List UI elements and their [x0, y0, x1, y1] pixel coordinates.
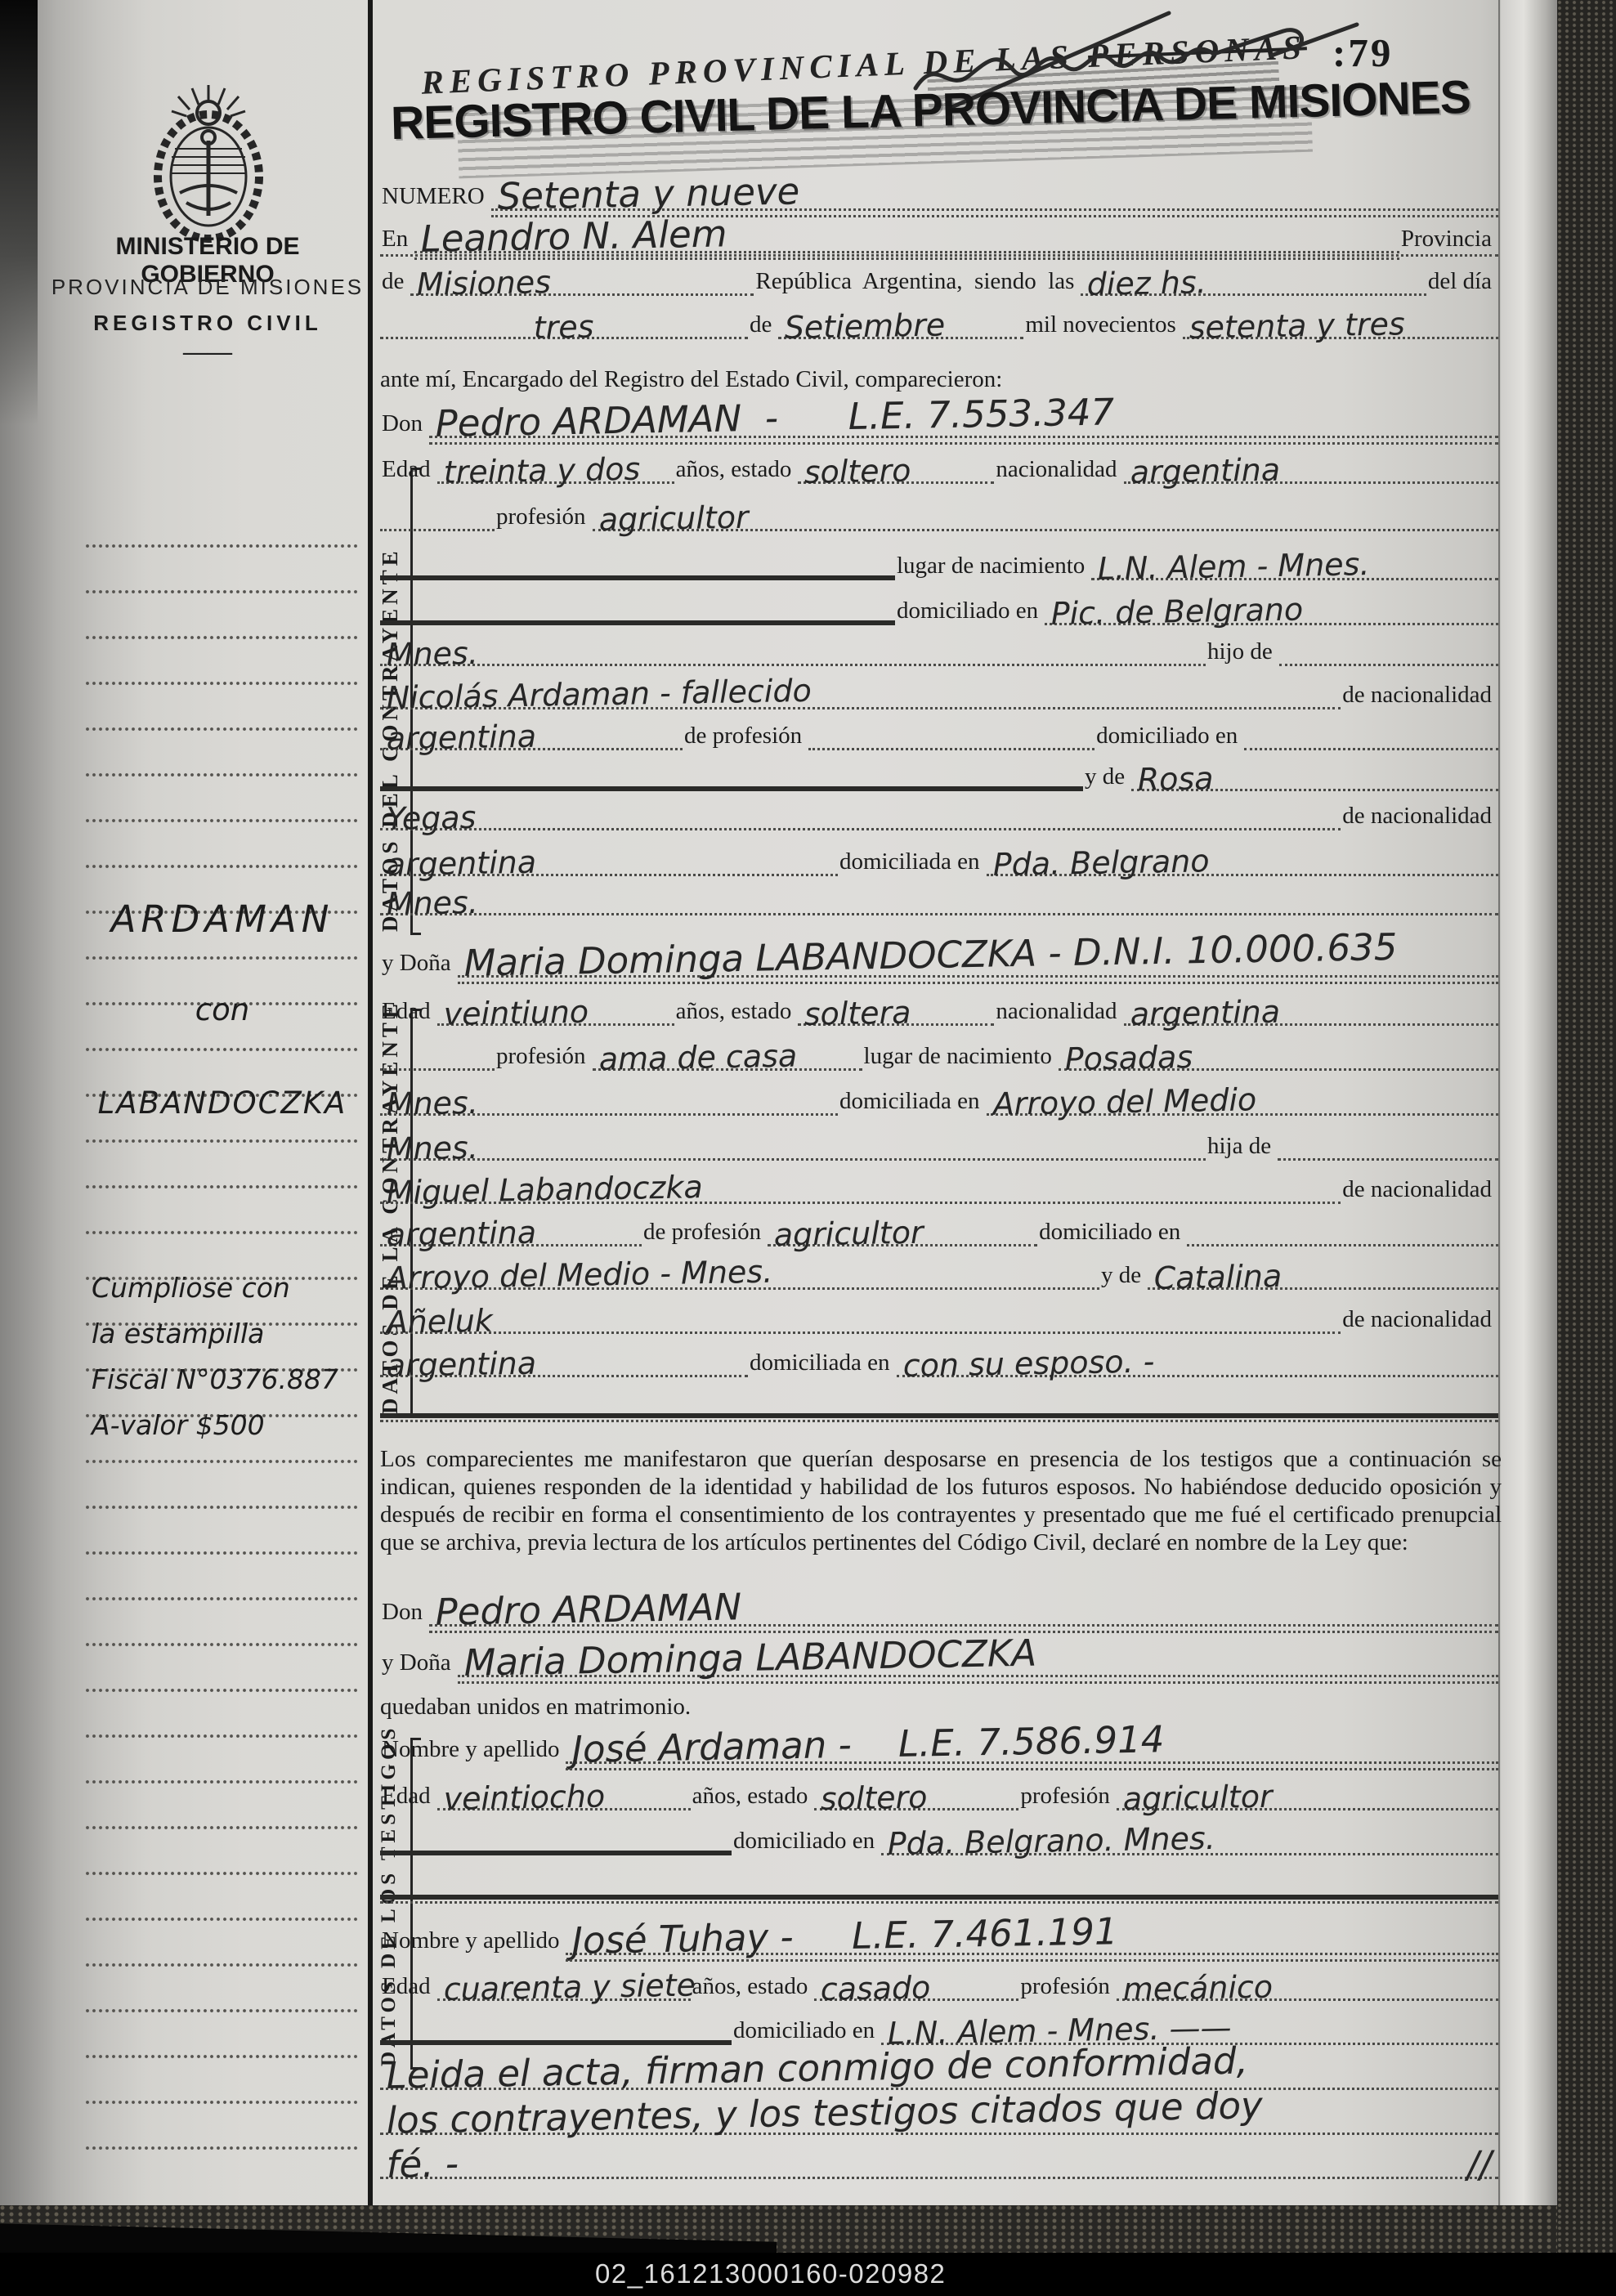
- w2-nombre-value: José Tuhay - L.E. 7.461.191: [566, 1916, 1126, 1957]
- groom-padre-nac-line: argentina: [380, 726, 683, 750]
- acta-don-value: Pedro ARDAMAN: [428, 1591, 748, 1628]
- bride-nacimiento-value: Posadas: [1058, 1044, 1199, 1072]
- groom-row-nacimiento: lugar de nacimiento L.N. Alem - Mnes.: [380, 538, 1498, 580]
- w1-profesion-value: agricultor: [1116, 1783, 1278, 1812]
- bride-row-padre-nac: argentina de profesión agricultor domici…: [380, 1204, 1498, 1246]
- closing-slashes: //: [1460, 2149, 1498, 2181]
- heavy-divider-line: [380, 1895, 1498, 1900]
- del-dia-label: del día: [1426, 270, 1498, 296]
- don-line: Pedro ARDAMAN - L.E. 7.553.347: [429, 409, 1498, 438]
- w1-domicilio-line: Pda. Belgrano. Mnes.: [881, 1831, 1498, 1855]
- w1-row-edad: Edad veintiocho años, estado soltero pro…: [380, 1768, 1498, 1810]
- sidebar-divider: ——: [47, 338, 368, 366]
- closing-line-1: Leida el acta, firman conmigo de conform…: [380, 2061, 1498, 2090]
- right-binding-texture: [1557, 0, 1616, 2296]
- dona-line: Maria Dominga LABANDOCZKA - D.N.I. 10.00…: [458, 948, 1498, 978]
- bride-row-madre-apellido: Añeluk de nacionalidad: [380, 1291, 1498, 1334]
- groom-row-madre: y de Rosa: [380, 749, 1498, 791]
- heavy-divider-line: [380, 1413, 1498, 1418]
- w1-nombre-value: José Ardaman - L.E. 7.586.914: [566, 1724, 1171, 1766]
- don-value: Pedro ARDAMAN - L.E. 7.553.347: [428, 396, 1121, 440]
- numero-value: Setenta y nueve: [490, 176, 806, 213]
- republica-text: República Argentina, siendo las: [754, 270, 1081, 296]
- w1-estado-value: soltero: [814, 1784, 934, 1812]
- margin-stamp-note-line4: A-valor $500: [92, 1409, 361, 1441]
- de2-label: de: [748, 313, 778, 339]
- groom-estado-value: soltero: [798, 457, 918, 486]
- bride-de-profesion-label: de profesión: [642, 1220, 768, 1246]
- margin-bride-surname: LABANDOCZKA: [84, 1085, 360, 1121]
- scan-id-text: 02_161213000160-020982: [595, 2258, 946, 2289]
- page-right-curl: [1501, 0, 1558, 2253]
- bride-padre-profesion-line: agricultor: [768, 1222, 1037, 1246]
- bride-nacionalidad-value: argentina: [1123, 998, 1287, 1027]
- bride-padre-nac-value: argentina: [379, 1219, 543, 1248]
- groom-madre-apellido-value: Yegas: [379, 804, 482, 832]
- bride-domiciliada-label: domiciliada en: [838, 1090, 987, 1116]
- groom-edad-label: Edad: [380, 458, 437, 484]
- bride-madre-dom-line: con su esposo. -: [897, 1353, 1498, 1377]
- bride-profesion-label: profesión: [495, 1045, 593, 1071]
- page-corner-shadow: [0, 0, 38, 425]
- numero-line: Setenta y nueve: [491, 181, 1498, 211]
- margin-stamp-note-line1: Cumpliose con: [92, 1272, 361, 1304]
- section-end-rule: [380, 1376, 1498, 1418]
- bride-madre-dom-value: con su esposo. -: [896, 1348, 1161, 1379]
- bride-domicilio-value: Arroyo del Medio: [986, 1086, 1263, 1117]
- hora-value: diez hs.: [1081, 269, 1214, 298]
- bride-padre-nac-line: argentina: [380, 1222, 642, 1246]
- w2-edad-value: cuarenta y siete: [436, 1972, 702, 2003]
- w1-domicilio-value: Pda. Belgrano. Mnes.: [881, 1824, 1223, 1857]
- w1-nombre-line: José Ardaman - L.E. 7.586.914: [566, 1734, 1498, 1764]
- margin-dotted-lines: [84, 523, 360, 2181]
- scanned-marriage-record: MINISTERIO DE GOBIERNO PROVINCIA DE MISI…: [0, 0, 1616, 2296]
- groom-profesion-label: profesión: [495, 505, 593, 531]
- groom-estado-label: años, estado: [674, 458, 799, 484]
- groom-padre-nac-value: argentina: [379, 723, 543, 752]
- provincia-value: Misiones: [410, 269, 558, 298]
- bride-madre-nac-label: de nacionalidad: [1341, 1308, 1498, 1334]
- bride-profesion-line: ama de casa: [593, 1046, 862, 1071]
- field-row-don: Don Pedro ARDAMAN - L.E. 7.553.347: [380, 396, 1498, 438]
- closing-row-3: fé. -//: [380, 2137, 1498, 2179]
- w2-nombre-line: José Tuhay - L.E. 7.461.191: [566, 1926, 1498, 1955]
- provincia-label: Provincia: [1399, 227, 1498, 253]
- groom-estado-line: soltero: [798, 459, 994, 484]
- en-label: En: [380, 227, 414, 253]
- hora-line: diez hs.: [1081, 271, 1426, 296]
- office-title: REGISTRO CIVIL: [47, 311, 368, 336]
- blank-line: [1187, 1244, 1498, 1246]
- w1-nombre-label: Nombre y apellido: [380, 1738, 566, 1764]
- anio-line: setenta y tres: [1183, 315, 1498, 339]
- bride-estado-value: soltera: [798, 999, 918, 1027]
- mes-line: Setiembre: [778, 315, 1023, 339]
- spacer-line: [380, 529, 495, 531]
- union-text: quedaban unidos en matrimonio.: [380, 1694, 691, 1721]
- margin-stamp-note-line3: Fiscal N°0376.887: [92, 1363, 361, 1395]
- w2-row-domicilio: domiciliado en L.N. Alem - Mnes. ——: [380, 2003, 1498, 2045]
- groom-nacionalidad-label: nacionalidad: [994, 458, 1123, 484]
- groom-madre-dom2-line: Mnes.: [380, 891, 1498, 915]
- bride-row-hija: Mnes. hija de: [380, 1118, 1498, 1161]
- w1-row-domicilio: domiciliado en Pda. Belgrano. Mnes.: [380, 1813, 1498, 1855]
- mes-value: Setiembre: [778, 311, 952, 341]
- bride-profesion-value: ama de casa: [592, 1042, 804, 1072]
- bride-domicilio2-value: Mnes.: [379, 1134, 485, 1162]
- groom-row-madre-apellido: Yegas de nacionalidad: [380, 788, 1498, 830]
- acta-paragraph: Los comparecientes me manifestaron que q…: [380, 1445, 1502, 1556]
- bride-madre-apellido-line: Añeluk: [380, 1309, 1341, 1334]
- w2-row-edad: Edad cuarenta y siete años, estado casad…: [380, 1958, 1498, 2001]
- acta-row-don: Don Pedro ARDAMAN: [380, 1584, 1498, 1627]
- bride-domiciliada2-label: domiciliada en: [748, 1351, 897, 1377]
- blank-line: [1279, 664, 1498, 666]
- dia-line: tres: [380, 315, 748, 339]
- w1-estado-line: soltero: [814, 1786, 1018, 1810]
- de-label: de: [380, 270, 410, 296]
- closing-text-2: los contrayentes, y los testigos citados…: [379, 2090, 1269, 2137]
- bride-madre-apellido-value: Añeluk: [379, 1307, 499, 1336]
- groom-row-domicilio: domiciliado en Pic. de Belgrano: [380, 583, 1498, 625]
- form-right-rule: [1498, 0, 1500, 2253]
- blank-heavy-line: [380, 1851, 732, 1855]
- w1-profesion-label: profesión: [1018, 1784, 1117, 1810]
- acta-dona-value: Maria Dominga LABANDOCZKA: [457, 1637, 1043, 1679]
- field-row-numero: NUMERO Setenta y nueve: [380, 168, 1498, 211]
- argentina-coat-of-arms-icon: [114, 78, 302, 250]
- groom-padre-line: Nicolás Ardaman - fallecido: [380, 685, 1341, 709]
- anio-value: setenta y tres: [1182, 311, 1412, 341]
- bride-domiciliado-label: domiciliado en: [1037, 1220, 1187, 1246]
- groom-domicilio-label: domiciliado en: [895, 599, 1045, 625]
- w1-estado-label: años, estado: [691, 1784, 815, 1810]
- w2-profesion-label: profesión: [1018, 1975, 1117, 2001]
- bride-domicilio-line: Arroyo del Medio: [987, 1091, 1498, 1116]
- w2-nombre-label: Nombre y apellido: [380, 1929, 566, 1955]
- groom-edad-value: treinta y dos: [436, 455, 647, 486]
- groom-domicilio-line: Pic. de Belgrano: [1045, 601, 1498, 625]
- bride-estado-line: soltera: [798, 1001, 994, 1026]
- mil-novecientos-label: mil novecientos: [1023, 313, 1182, 339]
- groom-edad-line: treinta y dos: [437, 459, 674, 484]
- en-line: Leandro N. Alem: [414, 224, 1399, 253]
- acta-dona-label: y Doña: [380, 1651, 458, 1677]
- w2-domiciliado-label: domiciliado en: [732, 2019, 881, 2045]
- province-title: PROVINCIA DE MISIONES: [47, 275, 368, 300]
- bride-padre-dom-line: Arroyo del Medio - Mnes.: [380, 1265, 1099, 1290]
- w2-profesion-line: mecánico: [1117, 1976, 1498, 2001]
- dona-value: Maria Dominga LABANDOCZKA - D.N.I. 10.00…: [457, 932, 1403, 979]
- bride-padre-nac-label: de nacionalidad: [1341, 1178, 1498, 1204]
- bride-padre-profesion-value: agricultor: [768, 1219, 930, 1248]
- bride-edad-label: Edad: [380, 1000, 437, 1026]
- groom-de-profesion-label: de profesión: [683, 724, 808, 750]
- groom-nacionalidad-line: argentina: [1124, 459, 1498, 484]
- field-row-lugar: En Leandro N. Alem Provincia: [380, 211, 1498, 253]
- groom-profesion-value: agricultor: [592, 504, 754, 533]
- w1-edad-label: Edad: [380, 1784, 437, 1810]
- w2-row-nombre: Nombre y apellido José Tuhay - L.E. 7.46…: [380, 1913, 1498, 1955]
- dia-value: tres: [527, 313, 601, 341]
- numero-label: NUMERO: [380, 185, 491, 211]
- w1-edad-line: veintiocho: [437, 1786, 691, 1810]
- closing-text-3: fé. -: [379, 2148, 465, 2181]
- form-left-rule: [368, 0, 373, 2253]
- margin-stamp-note-line2: la estampilla: [92, 1318, 361, 1349]
- closing-line-3: fé. -//: [380, 2150, 1498, 2179]
- groom-row-padre: Nicolás Ardaman - fallecido de nacionali…: [380, 667, 1498, 709]
- groom-domicilio2-line: Mnes.: [380, 642, 1206, 666]
- groom-nacimiento-label: lugar de nacimiento: [895, 554, 1091, 580]
- witness-divider: [380, 1857, 1498, 1900]
- provincia-line: Misiones: [410, 271, 754, 296]
- blank-heavy-line: [380, 2040, 732, 2045]
- groom-domiciliado-label: domiciliado en: [1094, 724, 1244, 750]
- closing-line-2: los contrayentes, y los testigos citados…: [380, 2106, 1498, 2135]
- closing-text-1: Leida el acta, firman conmigo de conform…: [379, 2045, 1255, 2092]
- w2-estado-line: casado: [814, 1976, 1018, 2001]
- bride-madre-line: Catalina: [1148, 1265, 1498, 1290]
- groom-profesion-line: agricultor: [593, 507, 1498, 531]
- w2-edad-label: Edad: [380, 1975, 437, 2001]
- bride-madre-nac-value: argentina: [379, 1349, 543, 1379]
- bride-row-edad: Edad veintiuno años, estado soltera naci…: [380, 983, 1498, 1026]
- y-dona-label: y Doña: [380, 951, 458, 978]
- bride-hija-de-label: hija de: [1206, 1135, 1278, 1161]
- w1-edad-value: veintiocho: [436, 1783, 611, 1812]
- groom-padre-value: Nicolás Ardaman - fallecido: [379, 677, 818, 711]
- bride-nacimiento2-value: Mnes.: [379, 1089, 485, 1117]
- bride-padre-value: Miguel Labandoczka: [379, 1174, 710, 1206]
- groom-padre-nac-label: de nacionalidad: [1341, 683, 1498, 709]
- bride-estado-label: años, estado: [674, 1000, 799, 1026]
- acta-don-label: Don: [380, 1600, 429, 1627]
- groom-hijo-de-label: hijo de: [1206, 640, 1279, 666]
- en-value: Leandro N. Alem: [414, 218, 734, 255]
- bride-row-profesion: profesión ama de casa lugar de nacimient…: [380, 1028, 1498, 1071]
- groom-row-edad: Edad treinta y dos años, estado soltero …: [380, 441, 1498, 484]
- bride-domicilio2-line: Mnes.: [380, 1136, 1206, 1161]
- blank-heavy-line: [380, 575, 895, 580]
- blank-line: [1278, 1158, 1498, 1161]
- groom-domicilio-value: Pic. de Belgrano: [1045, 596, 1310, 627]
- margin-connector: con: [84, 992, 360, 1027]
- groom-madre-nac-label: de nacionalidad: [1341, 804, 1498, 830]
- w2-estado-label: años, estado: [691, 1975, 815, 2001]
- groom-row-madre-dom2: Mnes.: [380, 873, 1498, 915]
- margin-groom-surname: ARDAMAN: [84, 897, 360, 941]
- bride-madre-nac-line: argentina: [380, 1353, 748, 1377]
- bride-row-domicilio: Mnes. domiciliada en Arroyo del Medio: [380, 1073, 1498, 1116]
- groom-row-madre-dom: argentina domiciliada en Pda. Belgrano: [380, 834, 1498, 876]
- bride-padre-dom-value: Arroyo del Medio - Mnes.: [379, 1258, 779, 1291]
- field-row-fecha: tres de Setiembre mil novecientos setent…: [380, 297, 1498, 339]
- bride-edad-line: veintiuno: [437, 1001, 674, 1026]
- groom-madre-dom2-value: Mnes.: [379, 888, 485, 917]
- bride-nacimiento2-line: Mnes.: [380, 1091, 838, 1116]
- w2-profesion-value: mecánico: [1116, 1973, 1279, 2003]
- bride-edad-value: veintiuno: [436, 998, 595, 1027]
- w1-domiciliado-label: domiciliado en: [732, 1829, 881, 1855]
- bride-nacionalidad-line: argentina: [1124, 1001, 1498, 1026]
- bride-y-de-label: y de: [1099, 1264, 1148, 1290]
- w1-profesion-line: agricultor: [1117, 1786, 1498, 1810]
- w1-row-nombre: Nombre y apellido José Ardaman - L.E. 7.…: [380, 1721, 1498, 1764]
- groom-madre-apellido-line: Yegas: [380, 806, 1341, 830]
- bride-nacimiento-line: Posadas: [1059, 1046, 1498, 1071]
- ante-mi-text: ante mí, Encargado del Registro del Esta…: [380, 366, 1002, 393]
- groom-domicilio2-value: Mnes.: [379, 639, 485, 668]
- bride-row-madre: Arroyo del Medio - Mnes. y de Catalina: [380, 1247, 1498, 1290]
- bride-padre-line: Miguel Labandoczka: [380, 1179, 1341, 1204]
- field-row-dona: y Doña Maria Dominga LABANDOCZKA - D.N.I…: [380, 935, 1498, 978]
- bride-nacimiento-label: lugar de nacimiento: [862, 1045, 1059, 1071]
- groom-row-domicilio2: Mnes. hijo de: [380, 624, 1498, 666]
- bride-madre-value: Catalina: [1148, 1263, 1289, 1291]
- closing-row-1: Leida el acta, firman conmigo de conform…: [380, 2048, 1498, 2090]
- field-row-provincia: de Misiones República Argentina, siendo …: [380, 253, 1498, 296]
- groom-row-profesion: profesión agricultor: [380, 489, 1498, 531]
- groom-nacimiento-line: L.N. Alem - Mnes.: [1091, 556, 1498, 580]
- groom-row-padre-nac: argentina de profesión domiciliado en: [380, 708, 1498, 750]
- groom-nacimiento-value: L.N. Alem - Mnes.: [1091, 551, 1377, 582]
- acta-don-line: Pedro ARDAMAN: [429, 1597, 1498, 1627]
- acta-row-dona: y Doña Maria Dominga LABANDOCZKA: [380, 1635, 1498, 1677]
- bride-row-padre: Miguel Labandoczka de nacionalidad: [380, 1161, 1498, 1204]
- bride-row-madre-dom: argentina domiciliada en con su esposo. …: [380, 1335, 1498, 1377]
- groom-nacionalidad-value: argentina: [1123, 456, 1287, 486]
- bride-nacionalidad-label: nacionalidad: [994, 1000, 1123, 1026]
- acta-dona-line: Maria Dominga LABANDOCZKA: [458, 1648, 1498, 1677]
- w2-edad-line: cuarenta y siete: [437, 1976, 691, 2001]
- w2-estado-value: casado: [814, 1974, 938, 2003]
- spacer-line: [380, 1068, 495, 1071]
- closing-row-2: los contrayentes, y los testigos citados…: [380, 2092, 1498, 2135]
- don-label: Don: [380, 412, 429, 438]
